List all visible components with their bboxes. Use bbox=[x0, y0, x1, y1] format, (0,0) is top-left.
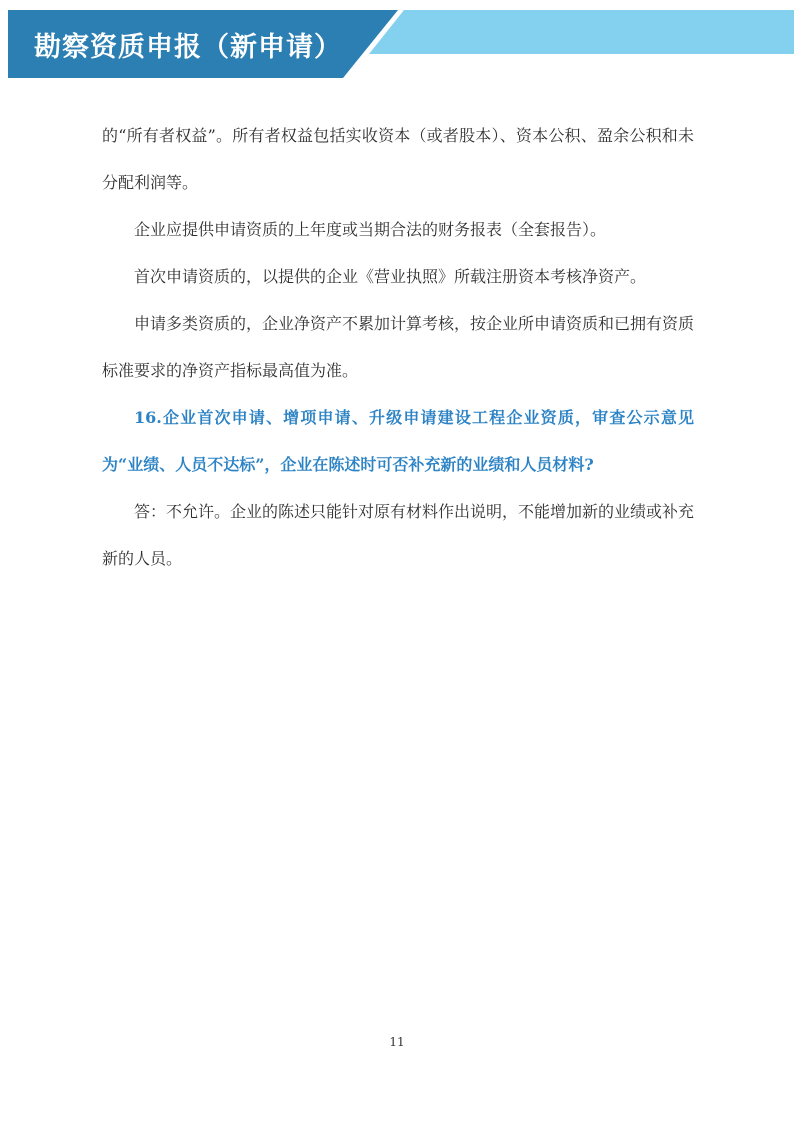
paragraph-owners-equity: 的“所有者权益”。所有者权益包括实收资本（或者股本）、资本公积、盈余公积和未分配… bbox=[102, 112, 694, 206]
page-title: 勘察资质申报（新申请） bbox=[8, 25, 342, 64]
document-body: 的“所有者权益”。所有者权益包括实收资本（或者股本）、资本公积、盈余公积和未分配… bbox=[102, 112, 694, 582]
answer-16: 答：不允许。企业的陈述只能针对原有材料作出说明，不能增加新的业绩或补充新的人员。 bbox=[102, 488, 694, 582]
question-16: 16.企业首次申请、增项申请、升级申请建设工程企业资质，审查公示意见为“业绩、人… bbox=[102, 394, 694, 488]
page-number: 11 bbox=[389, 1035, 404, 1049]
page-footer: 11 bbox=[0, 1031, 794, 1050]
paragraph-first-application: 首次申请资质的，以提供的企业《营业执照》所载注册资本考核净资产。 bbox=[102, 253, 694, 300]
document-page: 勘察资质申报（新申请） 的“所有者权益”。所有者权益包括实收资本（或者股本）、资… bbox=[0, 0, 794, 1123]
header-banner: 勘察资质申报（新申请） bbox=[8, 10, 398, 78]
paragraph-financial-statements: 企业应提供申请资质的上年度或当期合法的财务报表（全套报告）。 bbox=[102, 206, 694, 253]
header-ribbon-decoration bbox=[369, 10, 794, 54]
paragraph-multiple-qualifications: 申请多类资质的，企业净资产不累加计算考核，按企业所申请资质和已拥有资质标准要求的… bbox=[102, 300, 694, 394]
